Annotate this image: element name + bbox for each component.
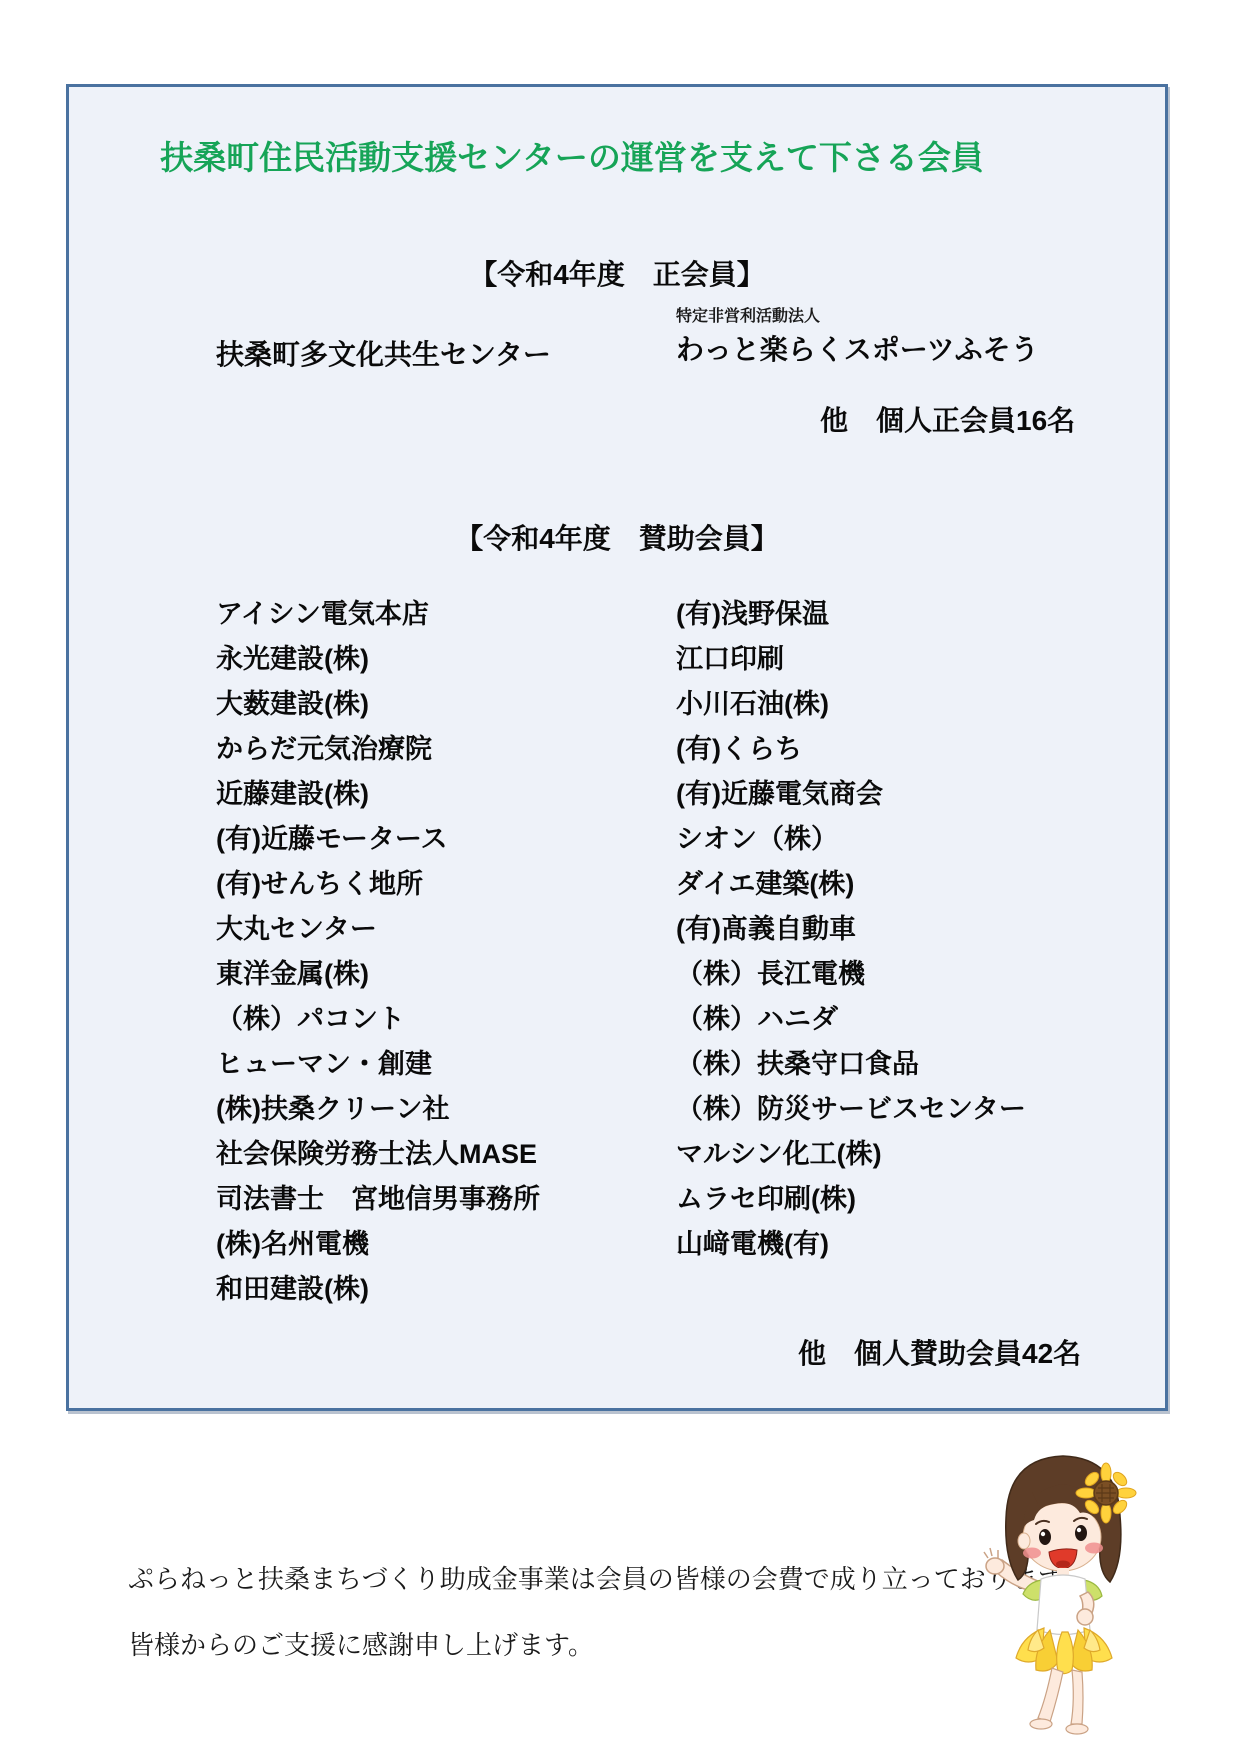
member-name: アイシン電気本店 — [216, 592, 429, 631]
footer-note: ぷらねっと扶桑まちづくり助成金事業は会員の皆様の会費で成り立っております。 皆様… — [128, 1546, 988, 1678]
mascot-hand — [984, 1548, 1004, 1574]
member-row: (有)近藤モータース シオン（株） — [216, 817, 1136, 862]
member-name: 小川石油(株) — [676, 682, 829, 721]
member-name: 江口印刷 — [676, 637, 784, 676]
member-row: (有)せんちく地所 ダイエ建築(株) — [216, 862, 1136, 907]
mascot-petal-skirt — [1016, 1628, 1112, 1674]
regular-individual-count: 他 個人正会員16名 — [820, 399, 1075, 439]
member-name: (株)扶桑クリーン社 — [216, 1087, 449, 1126]
member-name: 大薮建設(株) — [216, 682, 369, 721]
member-row: （株）パコント （株）ハニダ — [216, 997, 1136, 1042]
member-name: (株)名州電機 — [216, 1222, 369, 1261]
member-row: アイシン電気本店 (有)浅野保温 — [216, 592, 1136, 637]
member-row: 東洋金属(株) （株）長江電機 — [216, 952, 1136, 997]
mascot-leg — [1038, 1668, 1063, 1722]
member-name: 司法書士 宮地信男事務所 — [216, 1177, 540, 1216]
mascot-ear — [1018, 1533, 1030, 1549]
member-name: （株）防災サービスセンター — [676, 1087, 1026, 1126]
member-name: マルシン化工(株) — [676, 1132, 882, 1171]
regular-member-name: わっと楽らくスポーツふそう — [676, 328, 1039, 368]
member-name: 和田建設(株) — [216, 1267, 369, 1306]
member-name: ダイエ建築(株) — [676, 862, 854, 901]
member-name: 山﨑電機(有) — [676, 1222, 829, 1261]
member-name: （株）扶桑守口食品 — [676, 1042, 919, 1081]
footer-note-line2: 皆様からのご支援に感謝申し上げます。 — [128, 1612, 988, 1678]
npo-designation-note: 特定非営利活動法人 — [676, 303, 1039, 326]
member-name: (有)浅野保温 — [676, 592, 829, 631]
member-row: 永光建設(株) 江口印刷 — [216, 637, 1136, 682]
member-name: (有)くらち — [676, 727, 802, 766]
member-name: (有)髙義自動車 — [676, 907, 856, 946]
member-row: 司法書士 宮地信男事務所 ムラセ印刷(株) — [216, 1177, 1136, 1222]
member-row: (株)名州電機 山﨑電機(有) — [216, 1222, 1136, 1267]
member-row: 社会保険労務士法人MASE マルシン化工(株) — [216, 1132, 1136, 1177]
regular-member-name: 扶桑町多文化共生センター — [216, 333, 551, 373]
member-row: 大丸センター (有)髙義自動車 — [216, 907, 1136, 952]
member-row: 和田建設(株) — [216, 1267, 1136, 1312]
mascot-foot — [1066, 1724, 1088, 1734]
member-list-box: 扶桑町住民活動支援センターの運営を支えて下さる会員 【令和4年度 正会員】 扶桑… — [66, 84, 1168, 1411]
member-name: (有)近藤モータース — [216, 817, 448, 856]
member-name: （株）パコント — [216, 997, 405, 1036]
member-name: (有)近藤電気商会 — [676, 772, 883, 811]
member-name: 永光建設(株) — [216, 637, 369, 676]
mascot-blush — [1085, 1543, 1103, 1554]
member-name: 東洋金属(株) — [216, 952, 369, 991]
page-title: 扶桑町住民活動支援センターの運営を支えて下さる会員 — [69, 132, 1165, 179]
member-name: からだ元気治療院 — [216, 727, 432, 766]
regular-member-block: 特定非営利活動法人 わっと楽らくスポーツふそう — [676, 303, 1039, 368]
member-name: 社会保険労務士法人MASE — [216, 1132, 537, 1171]
member-row: 近藤建設(株) (有)近藤電気商会 — [216, 772, 1136, 817]
member-name: シオン（株） — [676, 817, 838, 856]
footer-note-line1: ぷらねっと扶桑まちづくり助成金事業は会員の皆様の会費で成り立っております。 — [128, 1546, 988, 1612]
member-name: (有)せんちく地所 — [216, 862, 423, 901]
mascot-fist — [1077, 1609, 1093, 1625]
member-name: （株）長江電機 — [676, 952, 865, 991]
supporting-individual-count: 他 個人賛助会員42名 — [798, 1332, 1081, 1372]
mascot-blush — [1023, 1548, 1041, 1559]
member-name: 近藤建設(株) — [216, 772, 369, 811]
member-row: ヒューマン・創建 （株）扶桑守口食品 — [216, 1042, 1136, 1087]
member-row: 大薮建設(株) 小川石油(株) — [216, 682, 1136, 727]
supporting-members-heading: 【令和4年度 賛助会員】 — [69, 517, 1165, 557]
member-row: からだ元気治療院 (有)くらち — [216, 727, 1136, 772]
member-row: (株)扶桑クリーン社 （株）防災サービスセンター — [216, 1087, 1136, 1132]
sunflower-girl-illustration — [978, 1440, 1150, 1752]
supporting-members-list: アイシン電気本店 (有)浅野保温 永光建設(株) 江口印刷 大薮建設(株) 小川… — [216, 592, 1136, 1312]
member-name: ムラセ印刷(株) — [676, 1177, 856, 1216]
member-name: 大丸センター — [216, 907, 377, 946]
member-name: ヒューマン・創建 — [216, 1042, 432, 1081]
regular-members-heading: 【令和4年度 正会員】 — [69, 253, 1165, 293]
mascot-leg — [1071, 1670, 1083, 1724]
document-page: { "page": { "title": "扶桑町住民活動支援センターの運営を支… — [0, 0, 1241, 1755]
mascot-foot — [1030, 1719, 1052, 1729]
member-name: （株）ハニダ — [676, 997, 838, 1036]
